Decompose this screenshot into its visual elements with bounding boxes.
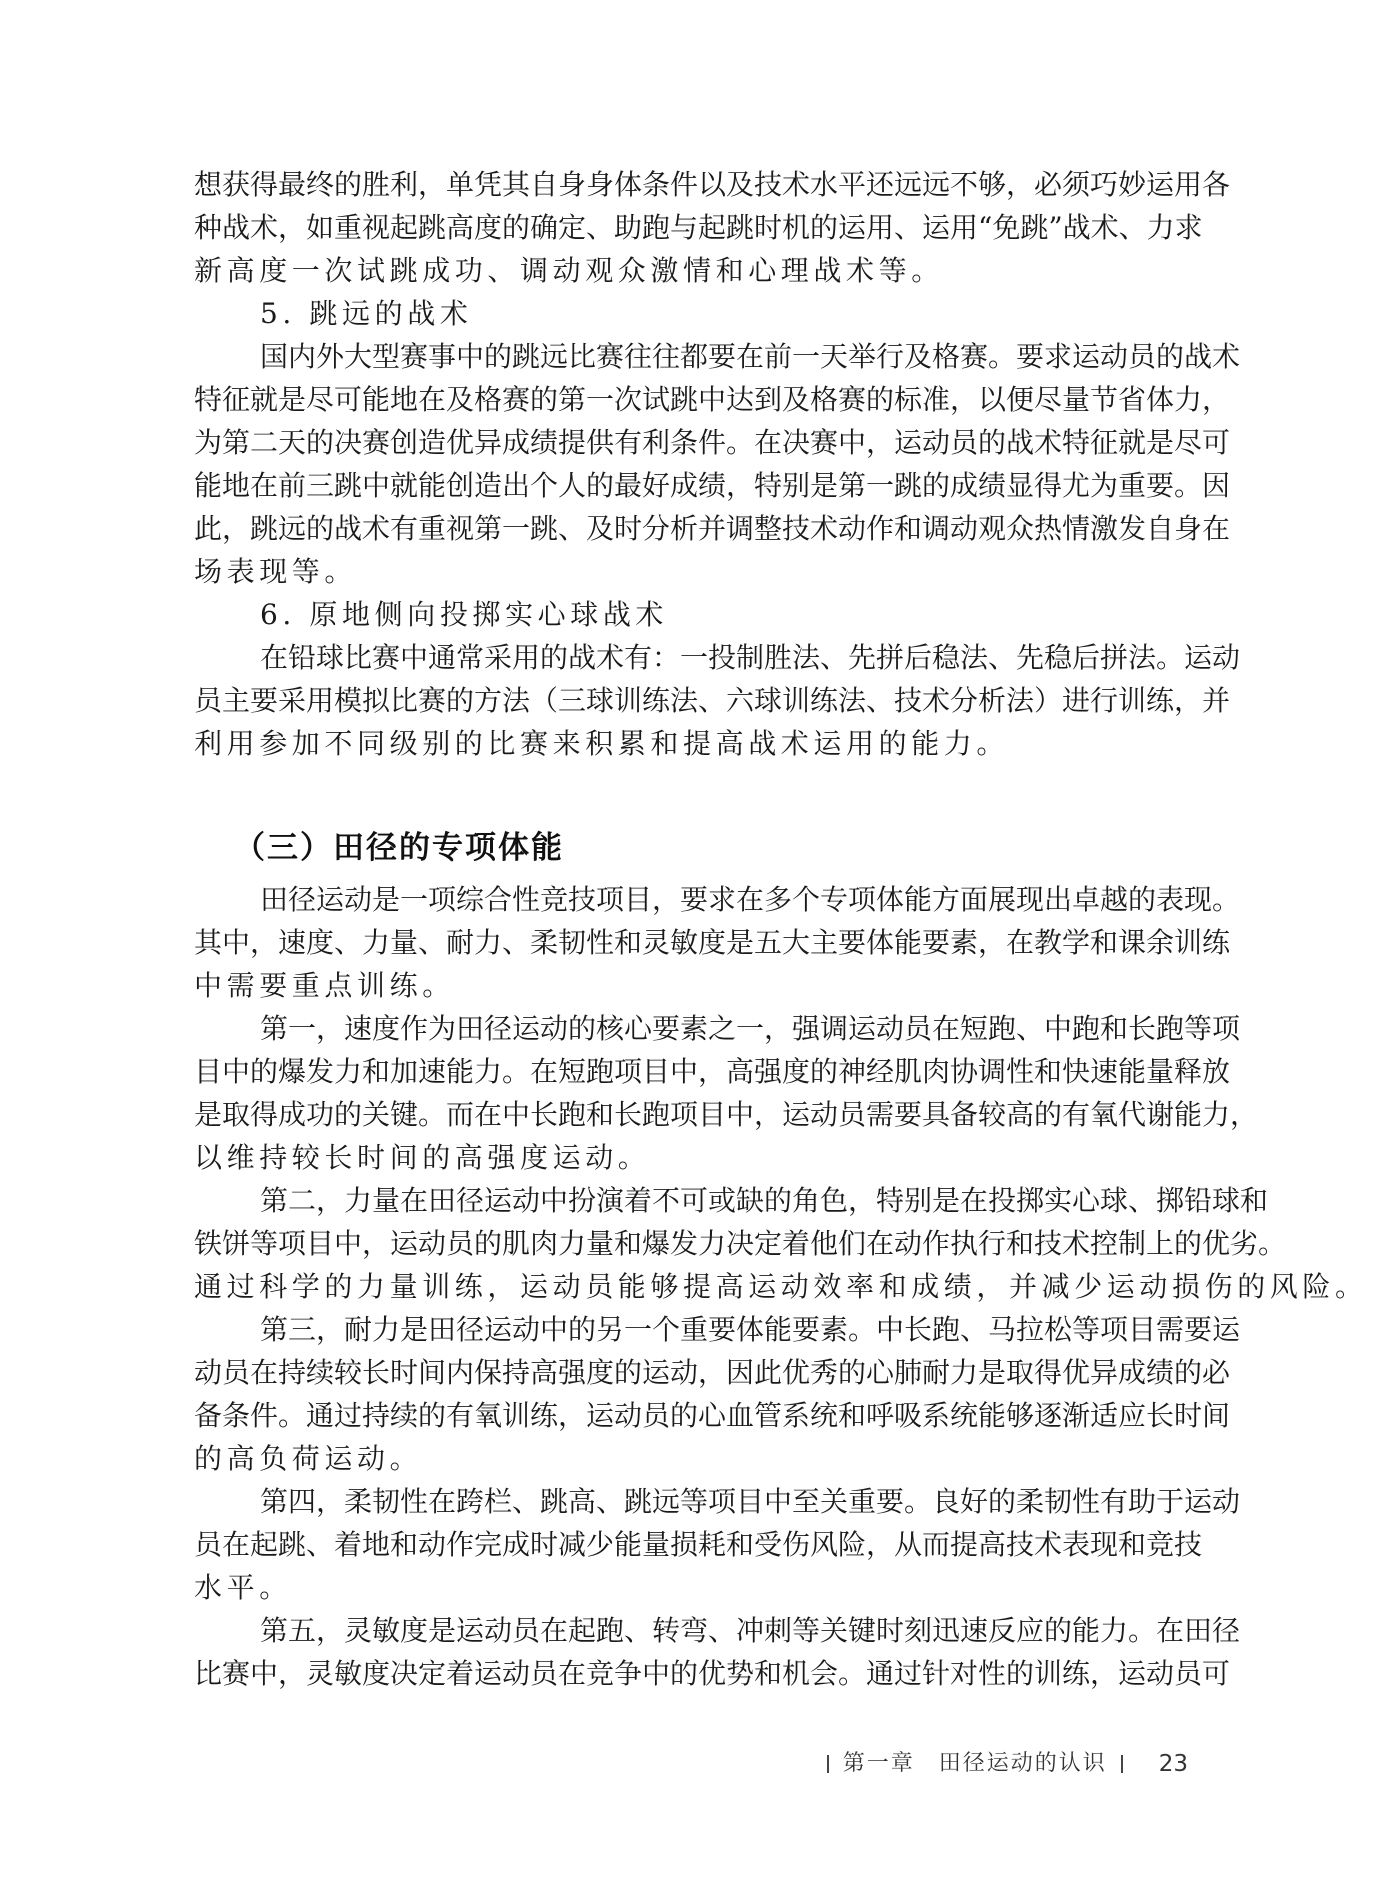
- paragraph-line: 通过科学的力量训练，运动员能够提高运动效率和成绩，并减少运动损伤的风险。: [194, 1265, 1368, 1308]
- subheading-text: 5. 跳远的战术: [260, 292, 472, 335]
- page-number: 23: [1159, 1746, 1188, 1782]
- paragraph-line: 中需要重点训练。: [194, 964, 455, 1007]
- paragraph-line: 备条件。通过持续的有氧训练，运动员的心血管系统和呼吸系统能够逐渐适应长时间: [194, 1394, 1184, 1437]
- paragraph-line: 想获得最终的胜利，单凭其自身身体条件以及技术水平还远远不够，必须巧妙运用各: [194, 163, 1184, 206]
- footer-chapter-label: 第一章: [843, 1746, 915, 1782]
- paragraph-line: 动员在持续较长时间内保持高强度的运动，因此优秀的心肺耐力是取得优异成绩的必: [194, 1351, 1184, 1394]
- paragraph-line: 新高度一次试跳成功、调动观众激情和心理战术等。: [194, 249, 944, 292]
- paragraph-line: 田径运动是一项综合性竞技项目，要求在多个专项体能方面展现出卓越的表现。: [260, 878, 1184, 921]
- footer-divider-icon: [1121, 1755, 1123, 1773]
- book-page: 想获得最终的胜利，单凭其自身身体条件以及技术水平还远远不够，必须巧妙运用各种战术…: [0, 0, 1374, 1891]
- paragraph-line: 第五，灵敏度是运动员在起跑、转弯、冲刺等关键时刻迅速反应的能力。在田径: [260, 1609, 1184, 1652]
- paragraph-line: 员在起跳、着地和动作完成时减少能量损耗和受伤风险，从而提高技术表现和竞技: [194, 1523, 1184, 1566]
- paragraph-line: 其中，速度、力量、耐力、柔韧性和灵敏度是五大主要体能要素，在教学和课余训练: [194, 921, 1184, 964]
- paragraph-line: 比赛中，灵敏度决定着运动员在竞争中的优势和机会。通过针对性的训练，运动员可: [194, 1652, 1184, 1695]
- paragraph-line: 第三，耐力是田径运动中的另一个重要体能要素。中长跑、马拉松等项目需要运: [260, 1308, 1184, 1351]
- subheading-text: 6. 原地侧向投掷实心球战术: [260, 593, 668, 636]
- paragraph-line: 场表现等。: [194, 550, 357, 593]
- paragraph-line: 铁饼等项目中，运动员的肌肉力量和爆发力决定着他们在动作执行和技术控制上的优劣。: [194, 1222, 1184, 1265]
- paragraph-line: 国内外大型赛事中的跳远比赛往往都要在前一天举行及格赛。要求运动员的战术: [260, 335, 1184, 378]
- paragraph-line: 第四，柔韧性在跨栏、跳高、跳远等项目中至关重要。良好的柔韧性有助于运动: [260, 1480, 1184, 1523]
- section-heading: （三）田径的专项体能: [234, 823, 564, 873]
- paragraph-line: 是取得成功的关键。而在中长跑和长跑项目中，运动员需要具备较高的有氧代谢能力，: [194, 1093, 1184, 1136]
- page-footer: 第一章 田径运动的认识 23: [827, 1746, 1188, 1782]
- paragraph-line: 第二，力量在田径运动中扮演着不可或缺的角色，特别是在投掷实心球、掷铅球和: [260, 1179, 1184, 1222]
- paragraph-line: 特征就是尽可能地在及格赛的第一次试跳中达到及格赛的标准，以便尽量节省体力，: [194, 378, 1184, 421]
- paragraph-line: 能地在前三跳中就能创造出个人的最好成绩，特别是第一跳的成绩显得尤为重要。因: [194, 464, 1184, 507]
- paragraph-line: 在铅球比赛中通常采用的战术有：一投制胜法、先拼后稳法、先稳后拼法。运动: [260, 636, 1184, 679]
- paragraph-line: 水平。: [194, 1566, 292, 1609]
- paragraph-line: 利用参加不同级别的比赛来积累和提高战术运用的能力。: [194, 722, 1009, 765]
- paragraph-line: 员主要采用模拟比赛的方法（三球训练法、六球训练法、技术分析法）进行训练，并: [194, 679, 1184, 722]
- paragraph-line: 种战术，如重视起跳高度的确定、助跑与起跳时机的运用、运用“免跳”战术、力求: [194, 206, 1184, 249]
- paragraph-line: 此，跳远的战术有重视第一跳、及时分析并调整技术动作和调动观众热情激发自身在: [194, 507, 1184, 550]
- paragraph-line: 第一，速度作为田径运动的核心要素之一，强调运动员在短跑、中跑和长跑等项: [260, 1007, 1184, 1050]
- footer-chapter-title: 田径运动的认识: [939, 1746, 1107, 1782]
- paragraph-line: 目中的爆发力和加速能力。在短跑项目中，高强度的神经肌肉协调性和快速能量释放: [194, 1050, 1184, 1093]
- paragraph-line: 为第二天的决赛创造优异成绩提供有利条件。在决赛中，运动员的战术特征就是尽可: [194, 421, 1184, 464]
- footer-divider-icon: [827, 1755, 829, 1773]
- paragraph-line: 的高负荷运动。: [194, 1437, 422, 1480]
- paragraph-line: 以维持较长时间的高强度运动。: [194, 1136, 650, 1179]
